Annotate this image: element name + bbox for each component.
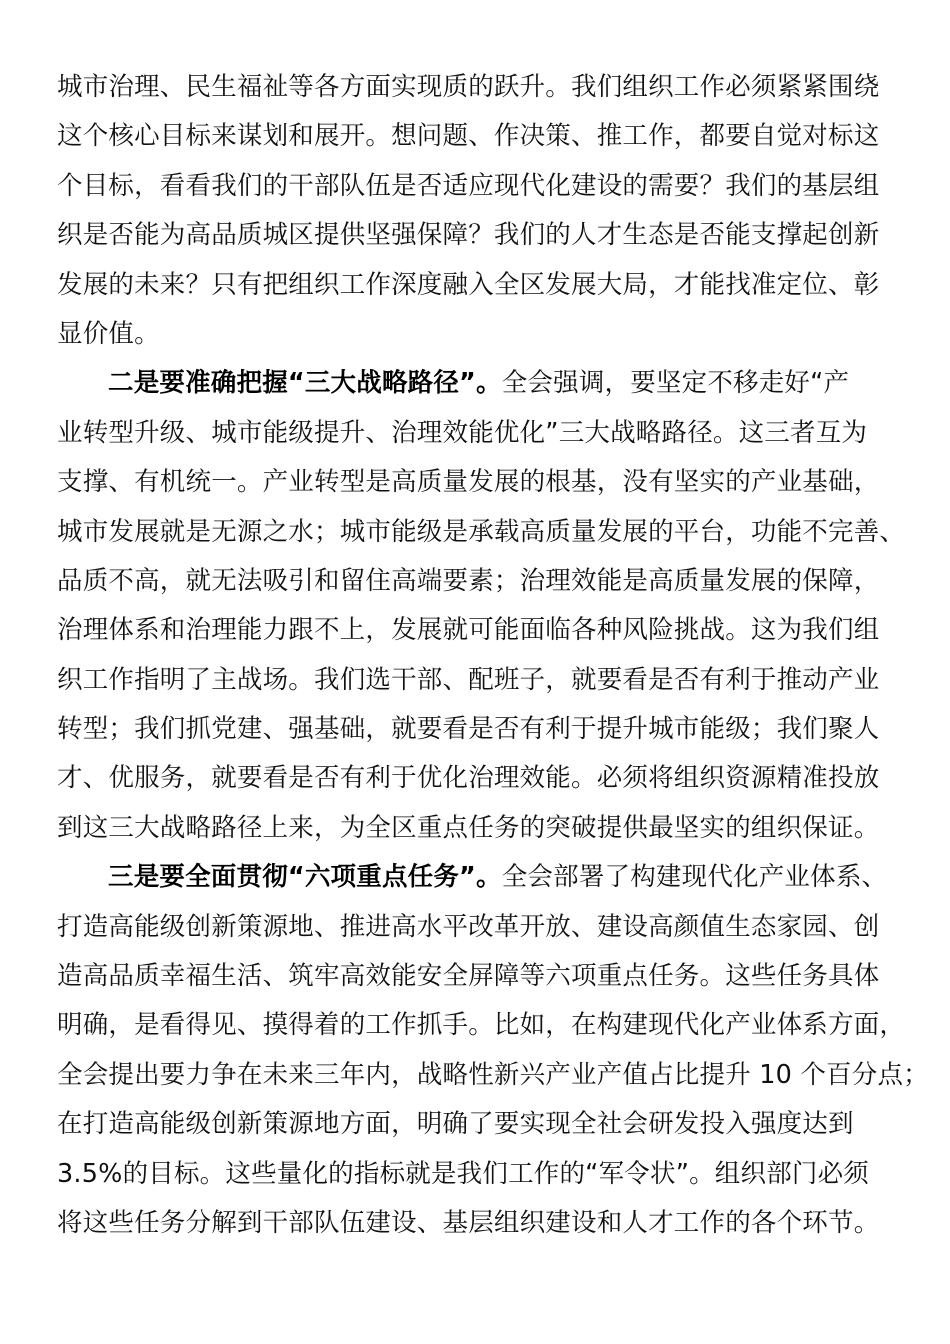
text-line: 织工作指明了主战场。我们选干部、配班子，就要看是否有利于推动产业 — [57, 656, 907, 705]
text-line: 将这些任务分解到干部队伍建设、基层组织建设和人才工作的各个环节。 — [57, 1199, 907, 1248]
text-line: 转型；我们抓党建、强基础，就要看是否有利于提升城市能级；我们聚人 — [57, 705, 907, 754]
document-body: 城市治理、民生福祉等各方面实现质的跃升。我们组织工作必须紧紧围绕 这个核心目标来… — [57, 63, 907, 1248]
text-span: 全会部署了构建现代化产业体系、 — [502, 862, 888, 892]
text-line: 城市治理、民生福祉等各方面实现质的跃升。我们组织工作必须紧紧围绕 — [57, 63, 907, 112]
text-line: 织是否能为高品质城区提供坚强保障？我们的人才生态是否能支撑起创新 — [57, 211, 907, 260]
text-line: 明确，是看得见、摸得着的工作抓手。比如，在构建现代化产业体系方面， — [57, 1001, 907, 1050]
text-line: 业转型升级、城市能级提升、治理效能优化”三大战略路径。这三者互为 — [57, 409, 907, 458]
text-line: 造高品质幸福生活、筑牢高效能安全屏障等六项重点任务。这些任务具体 — [57, 952, 907, 1001]
text-line: 这个核心目标来谋划和展开。想问题、作决策、推工作，都要自觉对标这 — [57, 112, 907, 161]
text-line: 城市发展就是无源之水；城市能级是承载高质量发展的平台，功能不完善、 — [57, 508, 907, 557]
paragraph-six-key-tasks: 三是要全面贯彻“六项重点任务”。全会部署了构建现代化产业体系、 打造高能级创新策… — [57, 853, 907, 1248]
text-line: 打造高能级创新策源地、推进高水平改革开放、建设高颜值生态家园、创 — [57, 903, 907, 952]
paragraph-three-strategic-paths: 二是要准确把握“三大战略路径”。全会强调，要坚定不移走好“产 业转型升级、城市能… — [57, 359, 907, 853]
text-line: 品质不高，就无法吸引和留住高端要素；治理效能是高质量发展的保障， — [57, 557, 907, 606]
text-span: 全会强调，要坚定不移走好“产 — [502, 368, 850, 398]
text-line-with-heading: 三是要全面贯彻“六项重点任务”。全会部署了构建现代化产业体系、 — [57, 853, 907, 902]
text-line: 3.5%的目标。这些量化的指标就是我们工作的“军令状”。组织部门必须 — [57, 1150, 907, 1199]
text-line: 到这三大战略路径上来，为全区重点任务的突破提供最坚实的组织保证。 — [57, 804, 907, 853]
paragraph-goal-orientation: 城市治理、民生福祉等各方面实现质的跃升。我们组织工作必须紧紧围绕 这个核心目标来… — [57, 63, 907, 359]
document-page: 城市治理、民生福祉等各方面实现质的跃升。我们组织工作必须紧紧围绕 这个核心目标来… — [0, 0, 950, 1344]
text-line: 个目标，看看我们的干部队伍是否适应现代化建设的需要？我们的基层组 — [57, 162, 907, 211]
text-line: 支撑、有机统一。产业转型是高质量发展的根基，没有坚实的产业基础， — [57, 458, 907, 507]
text-line: 才、优服务，就要看是否有利于优化治理效能。必须将组织资源精准投放 — [57, 754, 907, 803]
text-line-with-heading: 二是要准确把握“三大战略路径”。全会强调，要坚定不移走好“产 — [57, 359, 907, 408]
text-line: 全会提出要力争在未来三年内，战略性新兴产业产值占比提升 10 个百分点； — [57, 1051, 907, 1100]
text-line: 在打造高能级创新策源地方面，明确了要实现全社会研发投入强度达到 — [57, 1100, 907, 1149]
paragraph-heading: 三是要全面贯彻“六项重点任务”。 — [108, 862, 502, 892]
paragraph-heading: 二是要准确把握“三大战略路径”。 — [108, 368, 502, 398]
text-line: 显价值。 — [57, 310, 907, 359]
text-line: 发展的未来？只有把组织工作深度融入全区发展大局，才能找准定位、彰 — [57, 261, 907, 310]
text-line: 治理体系和治理能力跟不上，发展就可能面临各种风险挑战。这为我们组 — [57, 606, 907, 655]
